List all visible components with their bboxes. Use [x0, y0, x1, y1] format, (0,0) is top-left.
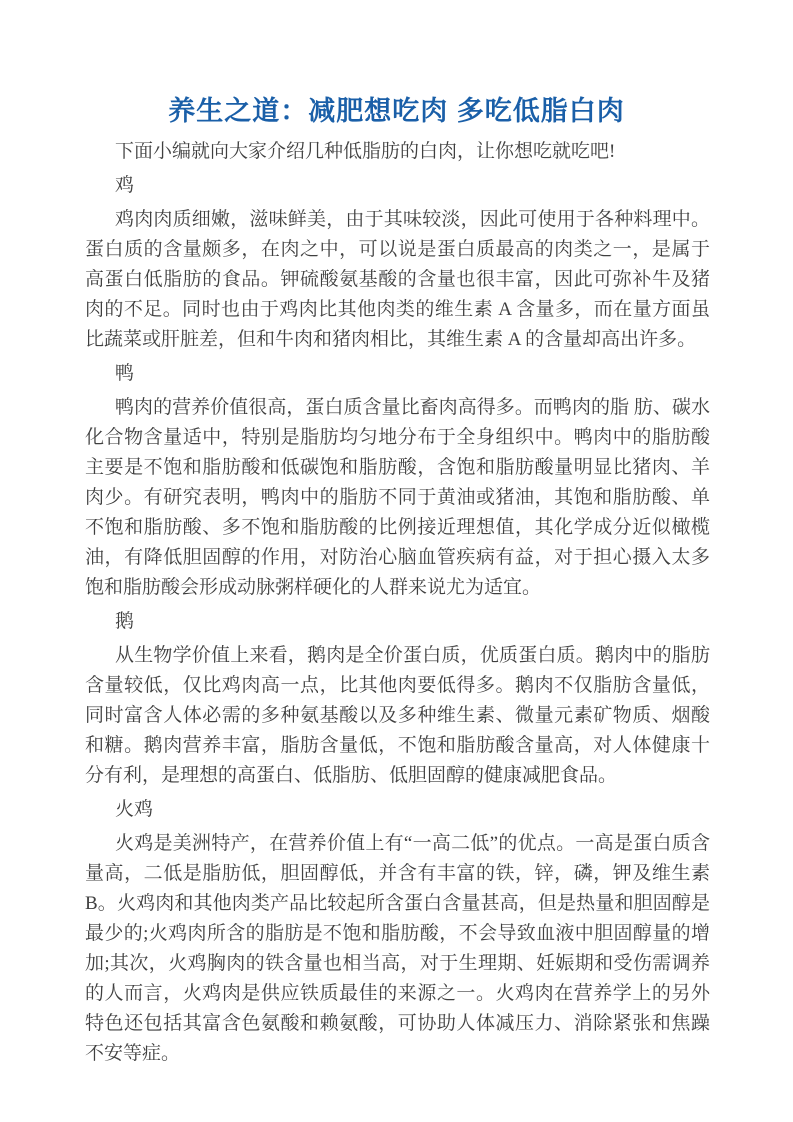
page-title: 养生之道：减肥想吃肉 多吃低脂白肉	[0, 0, 793, 128]
document-page: 养生之道：减肥想吃肉 多吃低脂白肉 下面小编就向大家介绍几种低脂肪的白肉，让你想…	[0, 0, 793, 1122]
section-paragraph-goose: 从生物学价值上来看，鹅肉是全价蛋白质，优质蛋白质。鹅肉中的脂肪含量较低，仅比鸡肉…	[85, 641, 710, 791]
intro-paragraph: 下面小编就向大家介绍几种低脂肪的白肉，让你想吃就吃吧!	[85, 137, 710, 167]
section-paragraph-chicken: 鸡肉肉质细嫩，滋味鲜美，由于其味较淡，因此可使用于各种料理中。蛋白质的含量颇多，…	[85, 205, 710, 355]
section-heading-turkey: 火鸡	[85, 795, 710, 825]
section-heading-chicken: 鸡	[85, 171, 710, 201]
section-heading-goose: 鹅	[85, 607, 710, 637]
section-paragraph-turkey: 火鸡是美洲特产，在营养价值上有“一高二低”的优点。一高是蛋白质含量高，二低是脂肪…	[85, 829, 710, 1069]
document-body: 下面小编就向大家介绍几种低脂肪的白肉，让你想吃就吃吧! 鸡 鸡肉肉质细嫩，滋味鲜…	[85, 137, 710, 1069]
section-paragraph-duck: 鸭肉的营养价值很高，蛋白质含量比畜肉高得多。而鸭肉的脂 肪、碳水化合物含量适中，…	[85, 393, 710, 603]
section-heading-duck: 鸭	[85, 359, 710, 389]
